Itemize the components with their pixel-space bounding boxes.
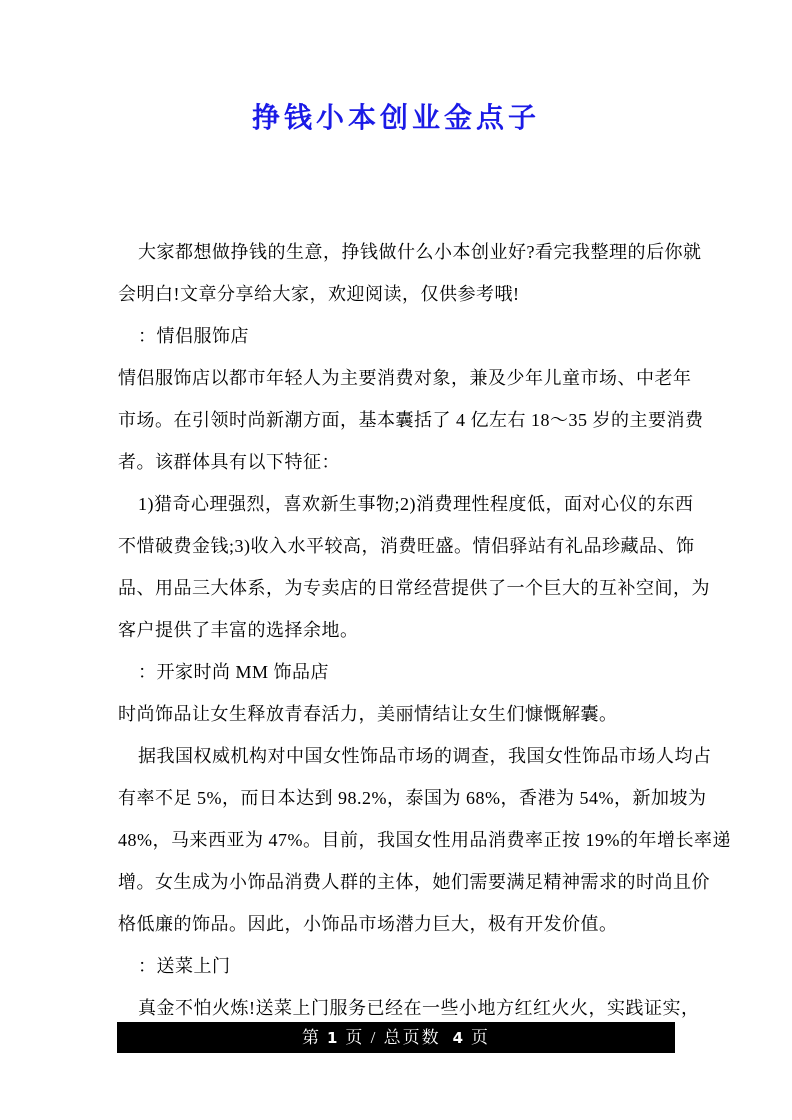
text-line: 品、用品三大体系，为专卖店的日常经营提供了一个巨大的互补空间，为 [118,567,676,609]
text-line: 1)猎奇心理强烈，喜欢新生事物;2)消费理性程度低，面对心仪的东西 [118,483,676,525]
text-line: ：送菜上门 [118,945,676,987]
text-line: 有率不足 5%，而日本达到 98.2%，泰国为 68%，香港为 54%，新加坡为 [118,777,676,819]
page-footer-bar: 第1页 / 总页数4页 [117,1022,675,1053]
text-line: 据我国权威机构对中国女性饰品市场的调查，我国女性饰品市场人均占 [118,735,676,777]
text-line: 会明白!文章分享给大家，欢迎阅读，仅供参考哦! [118,273,676,315]
text-line: 时尚饰品让女生释放青春活力，美丽情结让女生们慷慨解囊。 [118,693,676,735]
document-title: 挣钱小本创业金点子 [0,96,792,136]
text-line: 情侣服饰店以都市年轻人为主要消费对象，兼及少年儿童市场、中老年 [118,357,676,399]
text-line: 48%，马来西亚为 47%。目前，我国女性用品消费率正按 19%的年增长率递 [118,819,676,861]
text-line: 增。女生成为小饰品消费人群的主体，她们需要满足精神需求的时尚且价 [118,861,676,903]
text-line: 者。该群体具有以下特征： [118,441,676,483]
footer-page-prefix: 第 [302,1028,321,1047]
footer-current-page-number: 1 [321,1029,345,1047]
text-line: ：情侣服饰店 [118,315,676,357]
document-body: 大家都想做挣钱的生意，挣钱做什么小本创业好?看完我整理的后你就会明白!文章分享给… [118,231,676,1029]
text-line: 不惜破费金钱;3)收入水平较高，消费旺盛。情侣驿站有礼品珍藏品、饰 [118,525,676,567]
text-line: 市场。在引领时尚新潮方面，基本囊括了 4 亿左右 18～35 岁的主要消费 [118,399,676,441]
footer-total-pages-number: 4 [441,1029,471,1047]
text-line: 格低廉的饰品。因此，小饰品市场潜力巨大，极有开发价值。 [118,903,676,945]
footer-middle-label: 页 / 总页数 [345,1028,440,1047]
footer-page-suffix: 页 [471,1028,490,1047]
document-page: 挣钱小本创业金点子 大家都想做挣钱的生意，挣钱做什么小本创业好?看完我整理的后你… [0,0,792,1120]
text-line: ：开家时尚 MM 饰品店 [118,651,676,693]
text-line: 客户提供了丰富的选择余地。 [118,609,676,651]
text-line: 大家都想做挣钱的生意，挣钱做什么小本创业好?看完我整理的后你就 [118,231,676,273]
